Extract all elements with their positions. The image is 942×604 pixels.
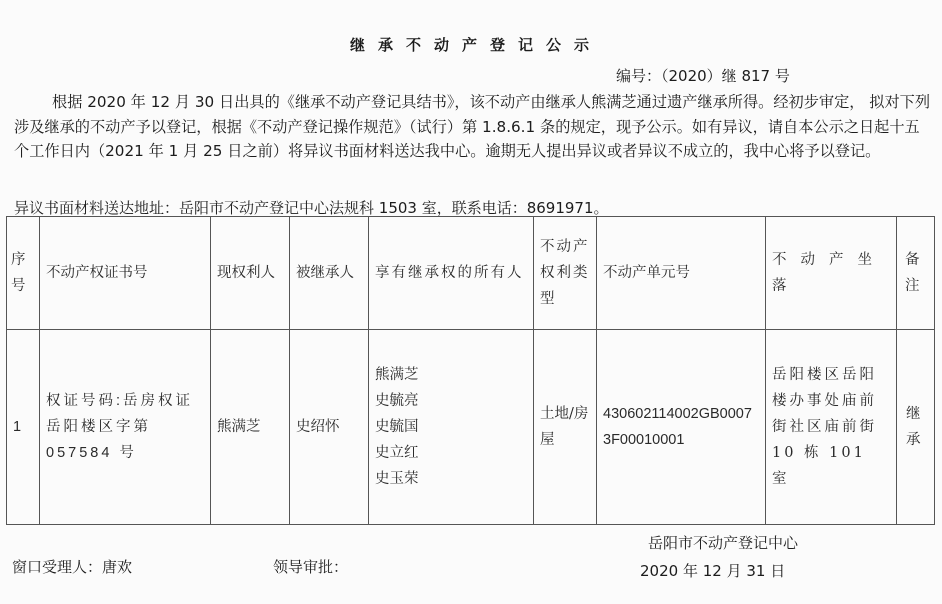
document-number: 编号：（2020）继 817 号 [616, 65, 790, 86]
cell-seq: 1 [7, 330, 40, 525]
header-right-type: 不动产权利类型 [534, 217, 597, 330]
header-unit-no: 不动产单元号 [597, 217, 766, 330]
heir-name: 史毓国 [375, 414, 527, 440]
window-receiver: 窗口受理人：唐欢 [12, 556, 132, 577]
heir-name: 熊满芝 [375, 362, 527, 388]
cell-decedent: 史绍怀 [290, 330, 369, 525]
notice-page: 继承不动产登记公示 编号：（2020）继 817 号 根据 2020 年 12 … [0, 0, 942, 604]
header-current-holder: 现权利人 [211, 217, 290, 330]
leader-approval: 领导审批： [273, 556, 348, 577]
header-heirs: 享有继承权的所有人 [369, 217, 534, 330]
notice-body-text: 根据 2020 年 12 月 30 日出具的《继承不动产登记具结书》，该不动产由… [14, 90, 934, 164]
issue-date: 2020 年 12 月 31 日 [640, 560, 785, 581]
header-location: 不动产坐落 [766, 217, 897, 330]
objection-address: 异议书面材料送达地址：岳阳市不动产登记中心法规科 1503 室，联系电话：869… [14, 197, 609, 218]
cell-unit-no: 430602114002GB00073F00010001 [597, 330, 766, 525]
cell-remark: 继承 [897, 330, 935, 525]
heir-name: 史立红 [375, 440, 527, 466]
issuing-organization: 岳阳市不动产登记中心 [648, 532, 798, 553]
table-row: 1 权证号码:岳房权证岳阳楼区字第 057584 号 熊满芝 史绍怀 熊满芝 史… [7, 330, 935, 525]
notice-paragraph: 根据 2020 年 12 月 30 日出具的《继承不动产登记具结书》，该不动产由… [14, 90, 934, 164]
cell-right-type: 土地/房屋 [534, 330, 597, 525]
cell-current-holder: 熊满芝 [211, 330, 290, 525]
header-cert-no: 不动产权证书号 [40, 217, 211, 330]
cell-cert-no: 权证号码:岳房权证岳阳楼区字第 057584 号 [40, 330, 211, 525]
cell-location: 岳阳楼区岳阳楼办事处庙前街社区庙前街 10 栋 101 室 [766, 330, 897, 525]
inheritance-table: 序号 不动产权证书号 现权利人 被继承人 享有继承权的所有人 不动产权利类型 不… [6, 216, 935, 525]
heir-name: 史毓亮 [375, 388, 527, 414]
header-remark: 备注 [897, 217, 935, 330]
header-decedent: 被继承人 [290, 217, 369, 330]
heir-name: 史玉荣 [375, 466, 527, 492]
header-seq: 序号 [7, 217, 40, 330]
table-header-row: 序号 不动产权证书号 现权利人 被继承人 享有继承权的所有人 不动产权利类型 不… [7, 217, 935, 330]
document-title: 继承不动产登记公示 [0, 34, 942, 55]
cell-heirs: 熊满芝 史毓亮 史毓国 史立红 史玉荣 [369, 330, 534, 525]
